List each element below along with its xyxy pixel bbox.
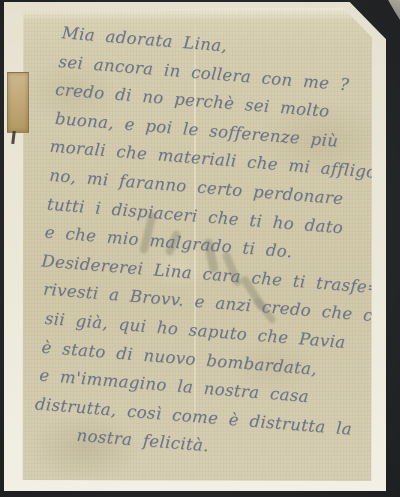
tape-fragment — [7, 72, 29, 133]
corner-fragment — [386, 0, 400, 20]
letter-paper: Mia adorata Lina, sei ancora in collera … — [22, 7, 372, 481]
photo-background: Mia adorata Lina, sei ancora in collera … — [0, 0, 400, 497]
letter-text: Mia adorata Lina, sei ancora in collera … — [26, 19, 397, 474]
